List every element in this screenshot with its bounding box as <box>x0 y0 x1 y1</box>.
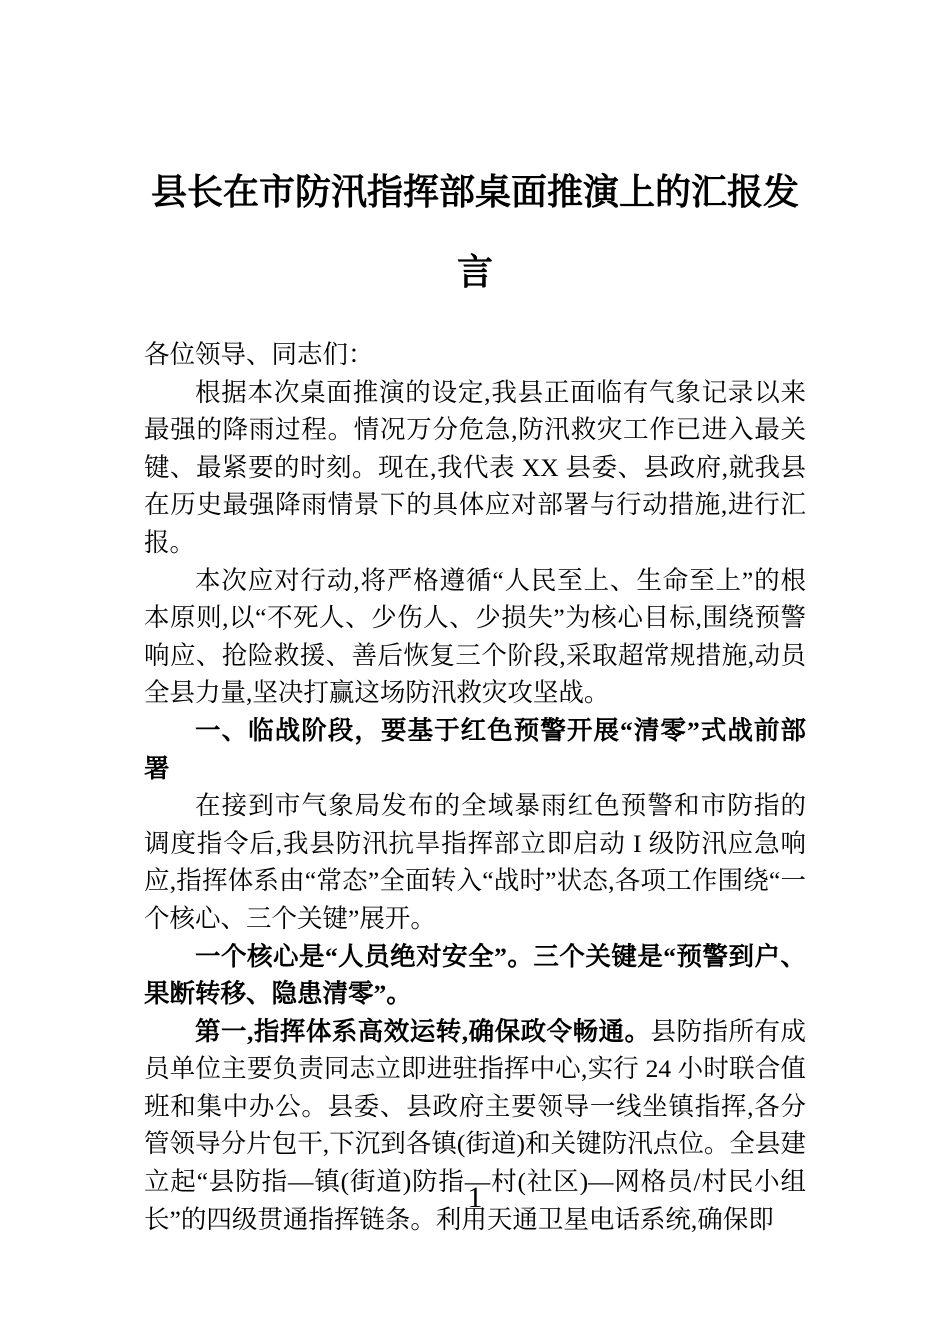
paragraph-exercise-setting: 根据本次桌面推演的设定,我县正面临有气象记录以来最强的降雨过程。情况万分危急,防… <box>144 374 806 562</box>
salutation: 各位领导、同志们： <box>144 336 806 374</box>
document-title: 县长在市防汛指挥部桌面推演上的汇报发言 <box>144 152 806 312</box>
section-heading-pre-battle: 一、临战阶段，要基于红色预警开展“清零”式战前部署 <box>144 712 806 787</box>
paragraph-command-system-lead: 第一,指挥体系高效运转,确保政令畅通。 <box>195 1017 651 1046</box>
paragraph-guiding-principles: 本次应对行动,将严格遵循“人民至上、生命至上”的根本原则,以“不死人、少伤人、少… <box>144 562 806 712</box>
document-page: 县长在市防汛指挥部桌面推演上的汇报发言 各位领导、同志们： 根据本次桌面推演的设… <box>0 0 950 1344</box>
page-number: 1 <box>144 1181 806 1215</box>
paragraph-emergency-activation: 在接到市气象局发布的全域暴雨红色预警和市防指的调度指令后,我县防汛抗旱指挥部立即… <box>144 787 806 937</box>
paragraph-one-core-three-keys: 一个核心是“人员绝对安全”。三个关键是“预警到户、果断转移、隐患清零”。 <box>144 938 806 1013</box>
